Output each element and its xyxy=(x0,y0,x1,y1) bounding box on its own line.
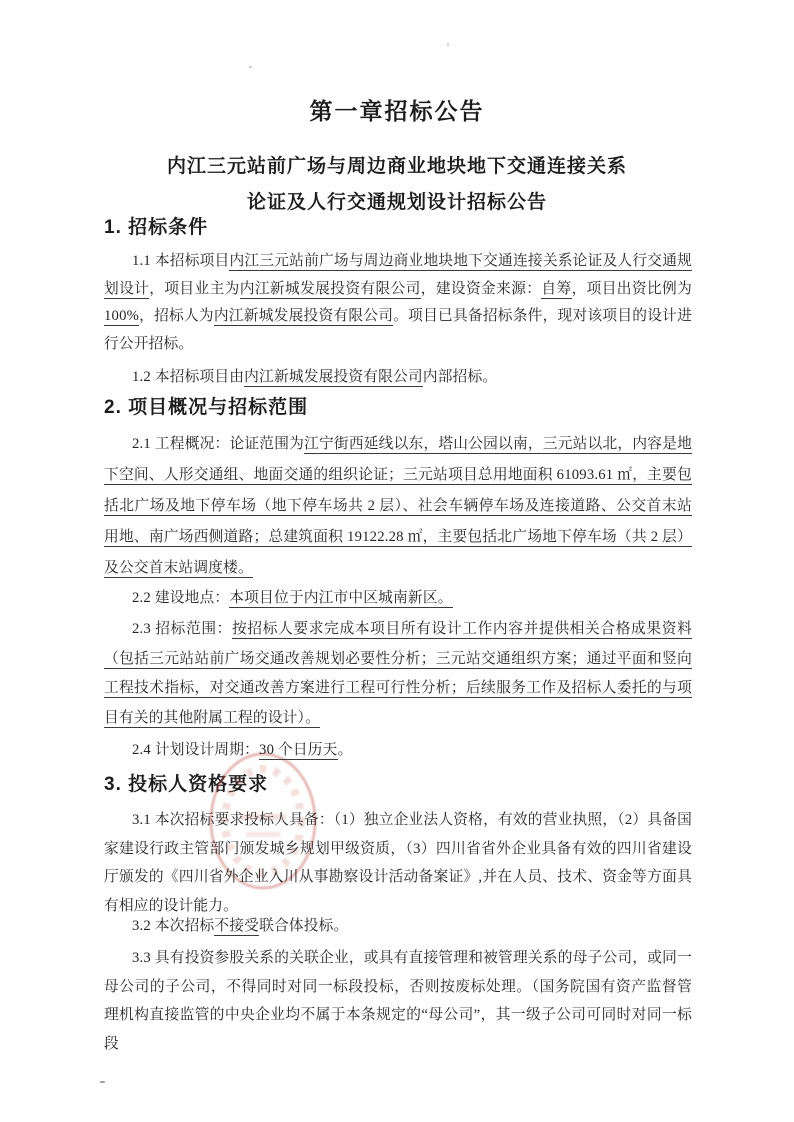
plain-text: ，项目业主为 xyxy=(149,281,240,297)
underlined-text: 内江新城发展投资有限公司 xyxy=(240,281,421,299)
plain-text: 2.4 计划设计周期： xyxy=(132,742,259,758)
scanned-document-page: 第一章招标公告 内江三元站前广场与周边商业地块地下交通连接关系 论证及人行交通规… xyxy=(0,0,794,1122)
plain-text: 3.3 具有投资参股关系的关联企业，或具有直接管理和被管理关系的母子公司，或同一… xyxy=(104,950,692,1052)
clause-2-3: 2.3 招标范围：按招标人要求完成本项目所有设计工作内容并提供相关合格成果资料（… xyxy=(104,615,692,733)
clause-2-4: 2.4 计划设计周期：30 个日历天。 xyxy=(104,737,692,765)
document-title-line1: 内江三元站前广场与周边商业地块地下交通连接关系 xyxy=(0,149,794,185)
clause-2-2: 2.2 建设地点：本项目位于内江市中区城南新区。 xyxy=(104,585,692,613)
plain-text: 2.3 招标范围： xyxy=(132,621,232,637)
plain-text: ，招标人为 xyxy=(139,308,214,324)
plain-text: 3.1 本次招标要求投标人具备：（1）独立企业法人资格，有效的营业执照，（2）具… xyxy=(104,812,692,914)
plain-text: 1.2 本招标项目由 xyxy=(132,369,244,385)
plain-text: 3.2 本次招标 xyxy=(132,918,214,934)
chapter-title: 第一章招标公告 xyxy=(0,96,794,126)
scan-speck xyxy=(249,66,252,68)
underlined-text: 内江新城发展投资有限公司 xyxy=(214,308,393,326)
plain-text: ，项目出资比例为 xyxy=(572,281,692,297)
underlined-text: 100% xyxy=(104,308,139,326)
underlined-text: 30 个日历天 xyxy=(259,742,338,760)
section-heading-1: 1. 招标条件 xyxy=(104,215,208,241)
underlined-text: 内江新城发展投资有限公司 xyxy=(244,369,423,387)
document-title: 内江三元站前广场与周边商业地块地下交通连接关系 论证及人行交通规划设计招标公告 xyxy=(0,149,794,221)
clause-2-1: 2.1 工程概况：论证范围为江宁街西延线以东，塔山公园以南，三元站以北，内容是地… xyxy=(104,429,692,584)
underlined-text: 自筹 xyxy=(541,281,571,299)
scan-speck xyxy=(100,1081,105,1083)
clause-3-1: 3.1 本次招标要求投标人具备：（1）独立企业法人资格，有效的营业执照，（2）具… xyxy=(104,806,692,920)
underlined-text: 不接受 xyxy=(214,918,259,936)
plain-text: 1.1 本招标项目 xyxy=(132,253,229,269)
clause-1-2: 1.2 本招标项目由内江新城发展投资有限公司内部招标。 xyxy=(104,364,692,392)
section-heading-2: 2. 项目概况与招标范围 xyxy=(104,395,308,421)
scan-speck xyxy=(447,43,449,46)
clause-3-2: 3.2 本次招标不接受联合体投标。 xyxy=(104,913,692,941)
plain-text: 2.1 工程概况：论证范围为 xyxy=(132,436,304,452)
plain-text: 内部招标。 xyxy=(423,369,497,385)
clause-3-3: 3.3 具有投资参股关系的关联企业，或具有直接管理和被管理关系的母子公司，或同一… xyxy=(104,944,692,1058)
plain-text: ，建设资金来源： xyxy=(421,281,542,297)
underlined-text: 本项目位于内江市中区城南新区。 xyxy=(229,590,452,608)
clause-1-1: 1.1 本招标项目内江三元站前广场与周边商业地块地下交通连接关系论证及人行交通规… xyxy=(104,248,692,358)
plain-text: 。 xyxy=(338,742,353,758)
plain-text: 2.2 建设地点： xyxy=(132,590,229,606)
underlined-text: 江宁街西延线以东，塔山公园以南，三元站以北，内容是地下空间、人形交通组、地面交通… xyxy=(104,436,692,578)
plain-text: 联合体投标。 xyxy=(259,918,348,934)
